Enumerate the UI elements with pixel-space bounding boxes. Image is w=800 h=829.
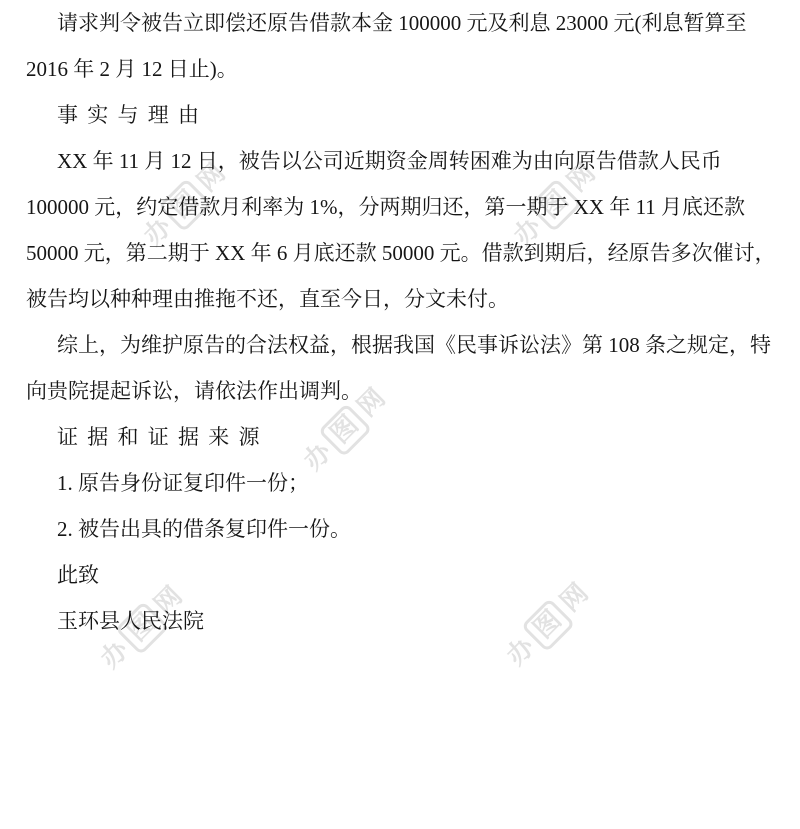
salutation: 此致 <box>0 552 800 598</box>
court-name: 玉环县人民法院 <box>0 598 800 644</box>
conclusion-line-2: 向贵院提起诉讼，请依法作出调判。 <box>0 368 800 414</box>
facts-line-4: 被告均以种种理由推拖不还，直至今日，分文未付。 <box>0 276 800 322</box>
evidence-heading: 证 据 和 证 据 来 源 <box>0 414 800 460</box>
document-page: 办 图 网 办 图 网 办 图 网 办 图 网 办 图 网 请求判令被告立即偿还… <box>0 0 800 829</box>
document-body: 请求判令被告立即偿还原告借款本金 100000 元及利息 23000 元(利息暂… <box>0 0 800 644</box>
facts-line-2: 100000 元，约定借款月利率为 1%，分两期归还，第一期于 XX 年 11 … <box>0 184 800 230</box>
claim-line-2: 2016 年 2 月 12 日止)。 <box>0 46 800 92</box>
claim-line-1: 请求判令被告立即偿还原告借款本金 100000 元及利息 23000 元(利息暂… <box>0 0 800 46</box>
evidence-item-1: 1. 原告身份证复印件一份； <box>0 460 800 506</box>
facts-reasons-heading: 事 实 与 理 由 <box>0 92 800 138</box>
conclusion-line-1: 综上，为维护原告的合法权益，根据我国《民事诉讼法》第 108 条之规定，特 <box>0 322 800 368</box>
evidence-item-2: 2. 被告出具的借条复印件一份。 <box>0 506 800 552</box>
facts-line-1: XX 年 11 月 12 日，被告以公司近期资金周转困难为由向原告借款人民币 <box>0 138 800 184</box>
facts-line-3: 50000 元，第二期于 XX 年 6 月底还款 50000 元。借款到期后，经… <box>0 230 800 276</box>
